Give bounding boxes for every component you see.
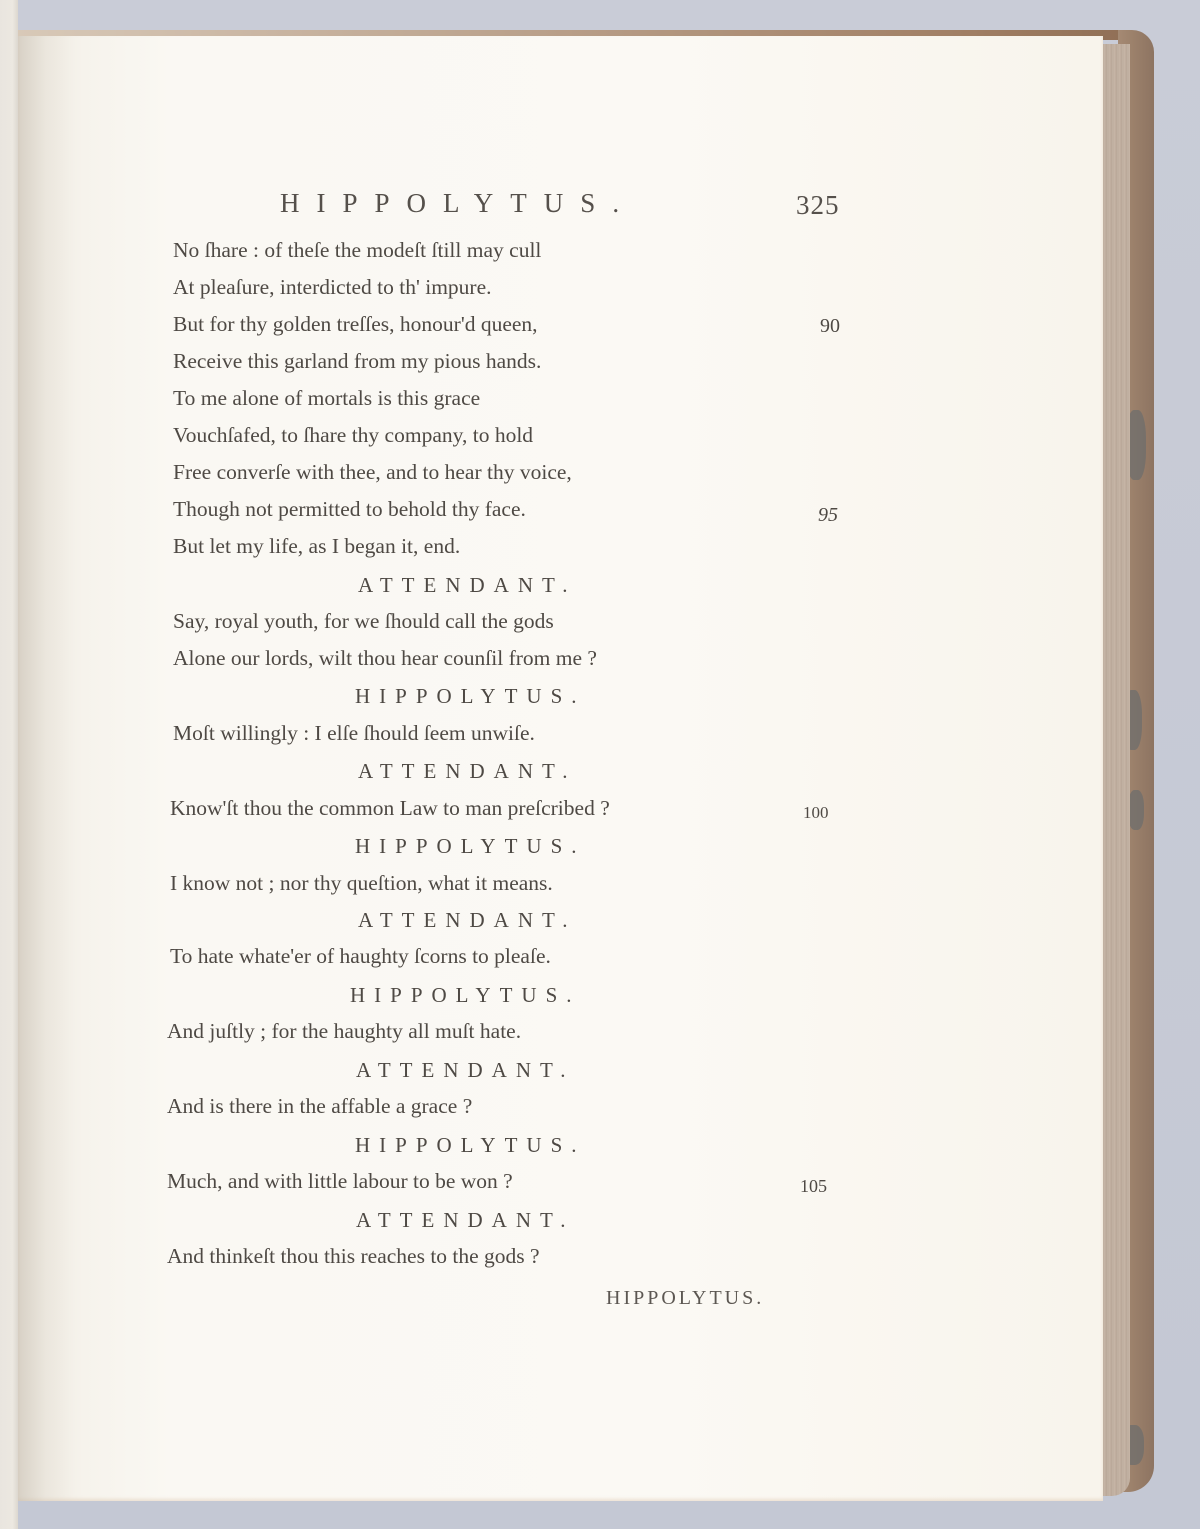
speaker-heading: ATTENDANT. bbox=[358, 908, 577, 933]
line-number: 105 bbox=[800, 1176, 827, 1197]
speaker-heading: ATTENDANT. bbox=[356, 1208, 575, 1233]
verse-line: Moſt willingly : I elſe ſhould ſeem unwi… bbox=[173, 721, 535, 746]
verse-line: Vouchſafed, to ſhare thy company, to hol… bbox=[173, 423, 533, 448]
speaker-heading: HIPPOLYTUS. bbox=[355, 1133, 586, 1158]
verse-line: To hate whate'er of haughty ſcorns to pl… bbox=[170, 944, 551, 969]
verse-line: At pleaſure, interdicted to th' impure. bbox=[173, 275, 492, 300]
verse-line: But let my life, as I began it, end. bbox=[173, 534, 460, 559]
speaker-heading: HIPPOLYTUS. bbox=[355, 834, 586, 859]
verse-line: But for thy golden treſſes, honour'd que… bbox=[173, 312, 538, 337]
verse-line: I know not ; nor thy queſtion, what it m… bbox=[170, 871, 553, 896]
speaker-heading: HIPPOLYTUS. bbox=[355, 684, 586, 709]
verse-line: Receive this garland from my pious hands… bbox=[173, 349, 541, 374]
verse-line: And thinkeſt thou this reaches to the go… bbox=[167, 1244, 540, 1269]
line-number: 95 bbox=[818, 504, 838, 527]
speaker-heading: ATTENDANT. bbox=[358, 759, 577, 784]
speaker-heading: ATTENDANT. bbox=[356, 1058, 575, 1083]
line-number: 100 bbox=[803, 803, 829, 823]
verse-line: Know'ſt thou the common Law to man preſc… bbox=[170, 796, 610, 821]
speaker-heading: HIPPOLYTUS. bbox=[350, 983, 581, 1008]
verse-line: Free converſe with thee, and to hear thy… bbox=[173, 460, 572, 485]
verse-line: And juſtly ; for the haughty all muſt ha… bbox=[167, 1019, 521, 1044]
verse-line: Though not permitted to behold thy face. bbox=[173, 497, 526, 522]
verse-line: Much, and with little labour to be won ? bbox=[167, 1169, 513, 1194]
verse-line: No ſhare : of theſe the modeſt ſtill may… bbox=[173, 238, 541, 263]
verse-line: Say, royal youth, for we ſhould call the… bbox=[173, 609, 554, 634]
verse-line: Alone our lords, wilt thou hear counſil … bbox=[173, 646, 597, 671]
line-number: 90 bbox=[820, 315, 840, 338]
verse-line: And is there in the affable a grace ? bbox=[167, 1094, 472, 1119]
page-number: 325 bbox=[796, 190, 840, 221]
running-head: HIPPOLYTUS. bbox=[280, 188, 636, 219]
verse-line: To me alone of mortals is this grace bbox=[173, 386, 480, 411]
page-text: HIPPOLYTUS. 325 No ſhare : of theſe the … bbox=[0, 0, 1200, 1529]
speaker-heading: ATTENDANT. bbox=[358, 573, 577, 598]
catchword: HIPPOLYTUS. bbox=[606, 1287, 764, 1310]
